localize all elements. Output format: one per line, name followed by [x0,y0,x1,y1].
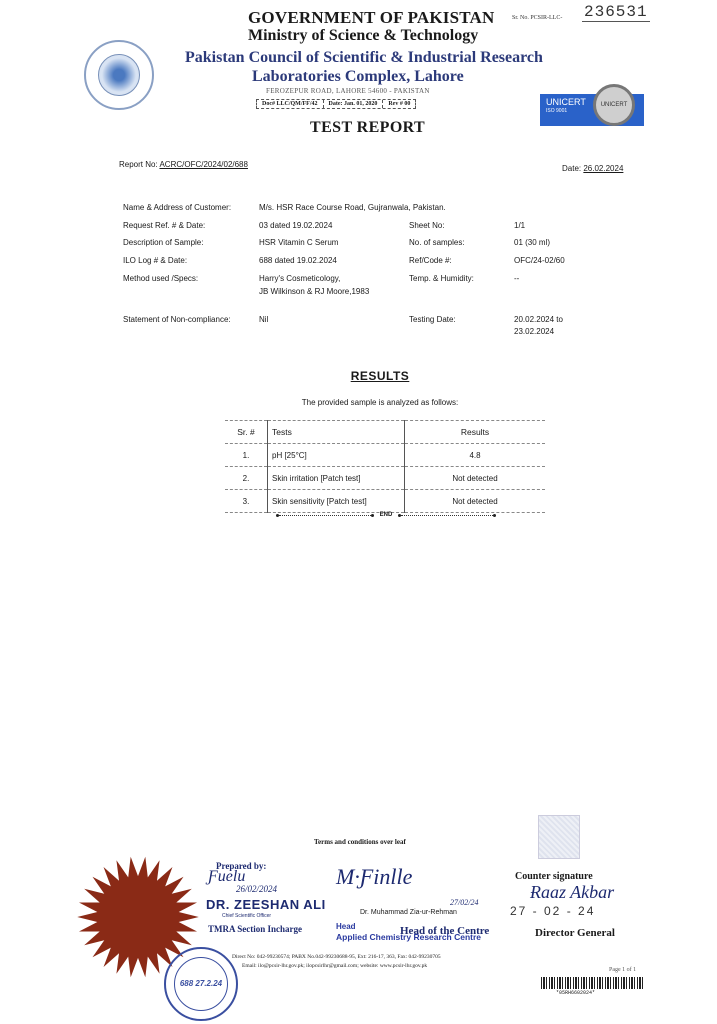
head-small-label: Head [336,922,356,931]
barcode-text: *05RH6602024* [556,990,595,996]
stamp-text: 688 27.2.24 [174,957,228,1011]
noncompliance-value: Nil [259,315,268,324]
report-date-label: Date: [562,164,581,173]
method-label: Method used /Specs: [123,274,198,283]
method-line-2: JB Wilkinson & RJ Moore,1983 [259,287,369,296]
counter-date: 27 - 02 - 24 [510,904,595,918]
prepared-name: DR. ZEESHAN ALI [206,897,326,912]
num-samples-label: No. of samples: [409,238,465,247]
ref-value: OFC/24-02/60 [514,256,565,265]
report-date-value: 26.02.2024 [583,164,623,173]
counter-signature: Ɍaaz Akbar [530,882,614,903]
row-test: pH [25°C] [268,444,405,467]
row-result: Not detected [405,467,546,490]
end-marker: END [276,512,496,518]
ref-label: Ref/Code #: [409,256,452,265]
cert-seal-text: UNICERT [601,102,628,108]
request-value: 03 dated 19.02.2024 [259,221,332,230]
table-row: 1. pH [25°C] 4.8 [225,444,545,467]
report-date: Date: 26.02.2024 [562,164,623,173]
sheet-label: Sheet No: [409,221,445,230]
head-date: 27/02/24 [450,898,478,907]
barcode-icon [541,977,645,989]
row-sr: 1. [225,444,268,467]
temp-label: Temp. & Humidity: [409,274,474,283]
header-ministry: Ministry of Science & Technology [248,27,478,45]
head-name: Dr. Muhammad Zia-ur-Rehman [360,909,457,916]
results-heading: RESULTS [0,369,717,383]
customer-value: M/s. HSR Race Course Road, Gujranwala, P… [259,203,446,212]
report-number: Report No: ACRC/OFC/2024/02/688 [119,160,248,169]
row-test: Skin sensitivity [Patch test] [268,490,405,513]
serial-number: 236531 [582,3,650,22]
header-council: Pakistan Council of Scientific & Industr… [185,49,543,67]
sample-value: HSR Vitamin C Serum [259,238,338,247]
report-number-value: ACRC/OFC/2024/02/688 [159,160,248,169]
end-line-right [401,515,493,516]
contact-phone: Direct No: 042-99230574; PABX No.042-992… [232,954,441,960]
table-row: 3. Skin sensitivity [Patch test] Not det… [225,490,545,513]
row-test: Skin irritation [Patch test] [268,467,405,490]
head-signature: M·Ƒinlle [336,864,412,890]
prepared-section: TMRA Section Incharge [208,924,302,934]
ilo-label: ILO Log # & Date: [123,256,187,265]
testing-label: Testing Date: [409,315,456,324]
num-samples-value: 01 (30 ml) [514,238,550,247]
end-label: END [374,512,399,518]
prepared-role: Chief Scientific Officer [222,913,271,919]
prepared-date: 26/02/2024 [236,884,277,894]
report-number-label: Report No: [119,160,158,169]
sheet-value: 1/1 [514,221,525,230]
terms-note: Terms and conditions over leaf [314,838,406,846]
unicert-seal-icon: UNICERT [593,84,635,126]
doc-date: Date: Jan. 01, 2020 [324,100,384,108]
noncompliance-label: Statement of Non-compliance: [123,315,231,324]
results-header-row: Sr. # Tests Results [225,421,545,444]
results-table: Sr. # Tests Results 1. pH [25°C] 4.8 2. … [225,420,545,513]
col-sr: Sr. # [225,421,268,444]
contact-email: Email: ilo@pcsir-lhr.gov.pk; ilopcsirlhr… [242,963,427,969]
col-results: Results [405,421,546,444]
header-government: GOVERNMENT OF PAKISTAN [248,8,495,28]
customer-label: Name & Address of Customer: [123,203,231,212]
director-general: Director General [535,927,615,939]
header-address: FEROZEPUR ROAD, LAHORE 54600 - PAKISTAN [266,87,430,95]
temp-value: -- [514,274,519,283]
serial-label: Sr. No. PCSIR-LLC- [512,15,562,21]
testing-line-2: 23.02.2024 [514,327,554,336]
hologram-icon [538,815,580,859]
row-sr: 3. [225,490,268,513]
doc-control-box: Doc# LLC/QM/FF/42 Date: Jan. 01, 2020 Re… [256,99,416,109]
sample-label: Description of Sample: [123,238,203,247]
head-title: Head of the Centre [400,925,489,937]
end-dot [493,514,496,517]
counter-signature-label: Counter signature [515,871,593,882]
received-stamp-icon: 688 27.2.24 [164,947,238,1021]
row-sr: 2. [225,467,268,490]
col-tests: Tests [268,421,405,444]
ilo-value: 688 dated 19.02.2024 [259,256,337,265]
pcsir-logo-icon [84,40,154,110]
request-label: Request Ref. # & Date: [123,221,205,230]
table-row: 2. Skin irritation [Patch test] Not dete… [225,467,545,490]
results-subtitle: The provided sample is analyzed as follo… [0,398,717,407]
doc-revision: Rev # 00 [383,100,415,108]
row-result: Not detected [405,490,546,513]
testing-line-1: 20.02.2024 to [514,315,563,324]
doc-number: Doc# LLC/QM/FF/42 [257,100,324,108]
page-title: TEST REPORT [310,119,425,137]
page-number: Page 1 of 1 [609,967,636,973]
row-result: 4.8 [405,444,546,467]
end-line-left [279,515,371,516]
header-labs: Laboratories Complex, Lahore [252,68,464,86]
method-line-1: Harry's Cosmeticology, [259,274,340,283]
